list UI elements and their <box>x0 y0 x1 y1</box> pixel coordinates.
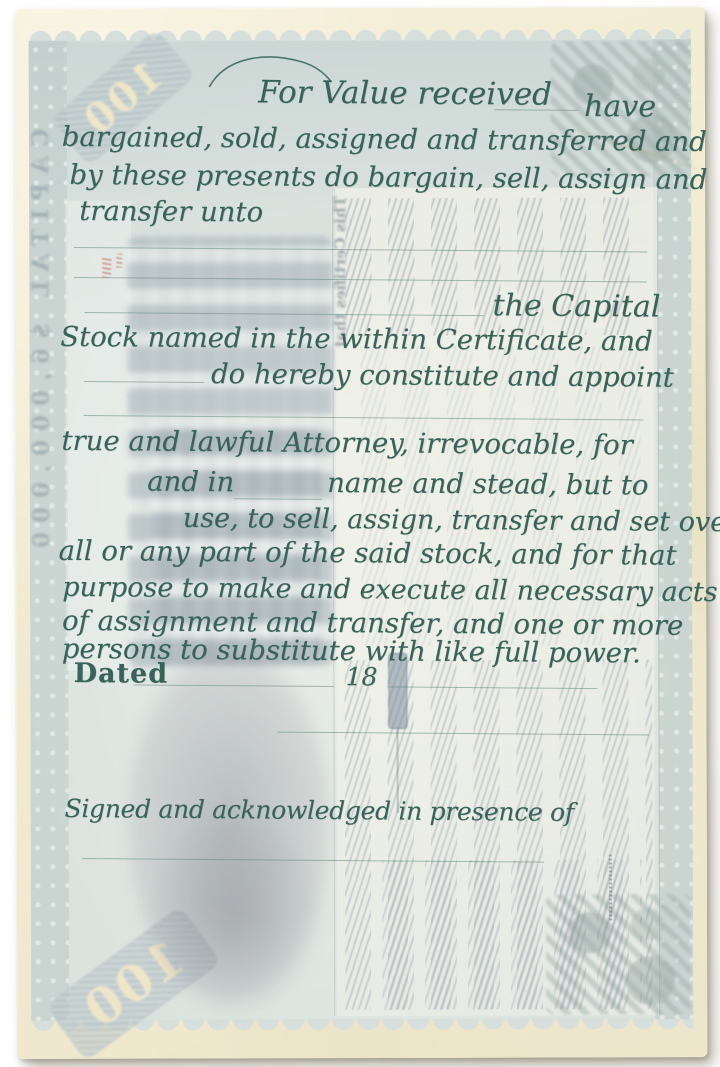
form-line: do hereby constitute and appoint <box>211 361 674 392</box>
blank-line <box>74 277 647 283</box>
form-line: and in <box>147 469 234 497</box>
dated-label: Dated <box>74 660 169 688</box>
blank-line <box>84 381 204 383</box>
transfer-form: For Value received have bargained, sold,… <box>0 0 720 1067</box>
blank-line <box>84 415 644 421</box>
form-line: transfer unto <box>79 198 263 227</box>
blank-line <box>74 247 647 253</box>
witness-line: Signed and acknowledged in presence of <box>64 796 573 825</box>
blank-line <box>388 686 598 689</box>
form-opening: For Value received <box>258 77 552 110</box>
year-prefix: 18 <box>346 664 378 689</box>
blank-line <box>82 858 544 863</box>
form-line: Stock named in the within Certificate, a… <box>60 324 653 356</box>
form-line: all or any part of the said stock, and f… <box>59 538 677 570</box>
blank-line <box>234 498 322 500</box>
form-line: the Capital <box>492 291 660 322</box>
blank-line <box>84 312 483 316</box>
form-line: use, to sell, assign, transfer and set o… <box>183 505 720 536</box>
blank-line <box>277 732 649 736</box>
form-line: bargained, sold, assigned and transferre… <box>62 124 707 157</box>
form-line: true and lawful Attorney, irrevocable, f… <box>61 428 633 460</box>
scanned-certificate-photo: 100 100 CAPITAL $6,000,000 This Certifie… <box>0 0 720 1067</box>
form-opening-have: have <box>584 92 656 123</box>
form-line: purpose to make and execute all necessar… <box>62 574 717 606</box>
form-line: by these presents do bargain, sell, assi… <box>69 162 707 195</box>
form-line: name and stead, but to <box>327 470 649 500</box>
